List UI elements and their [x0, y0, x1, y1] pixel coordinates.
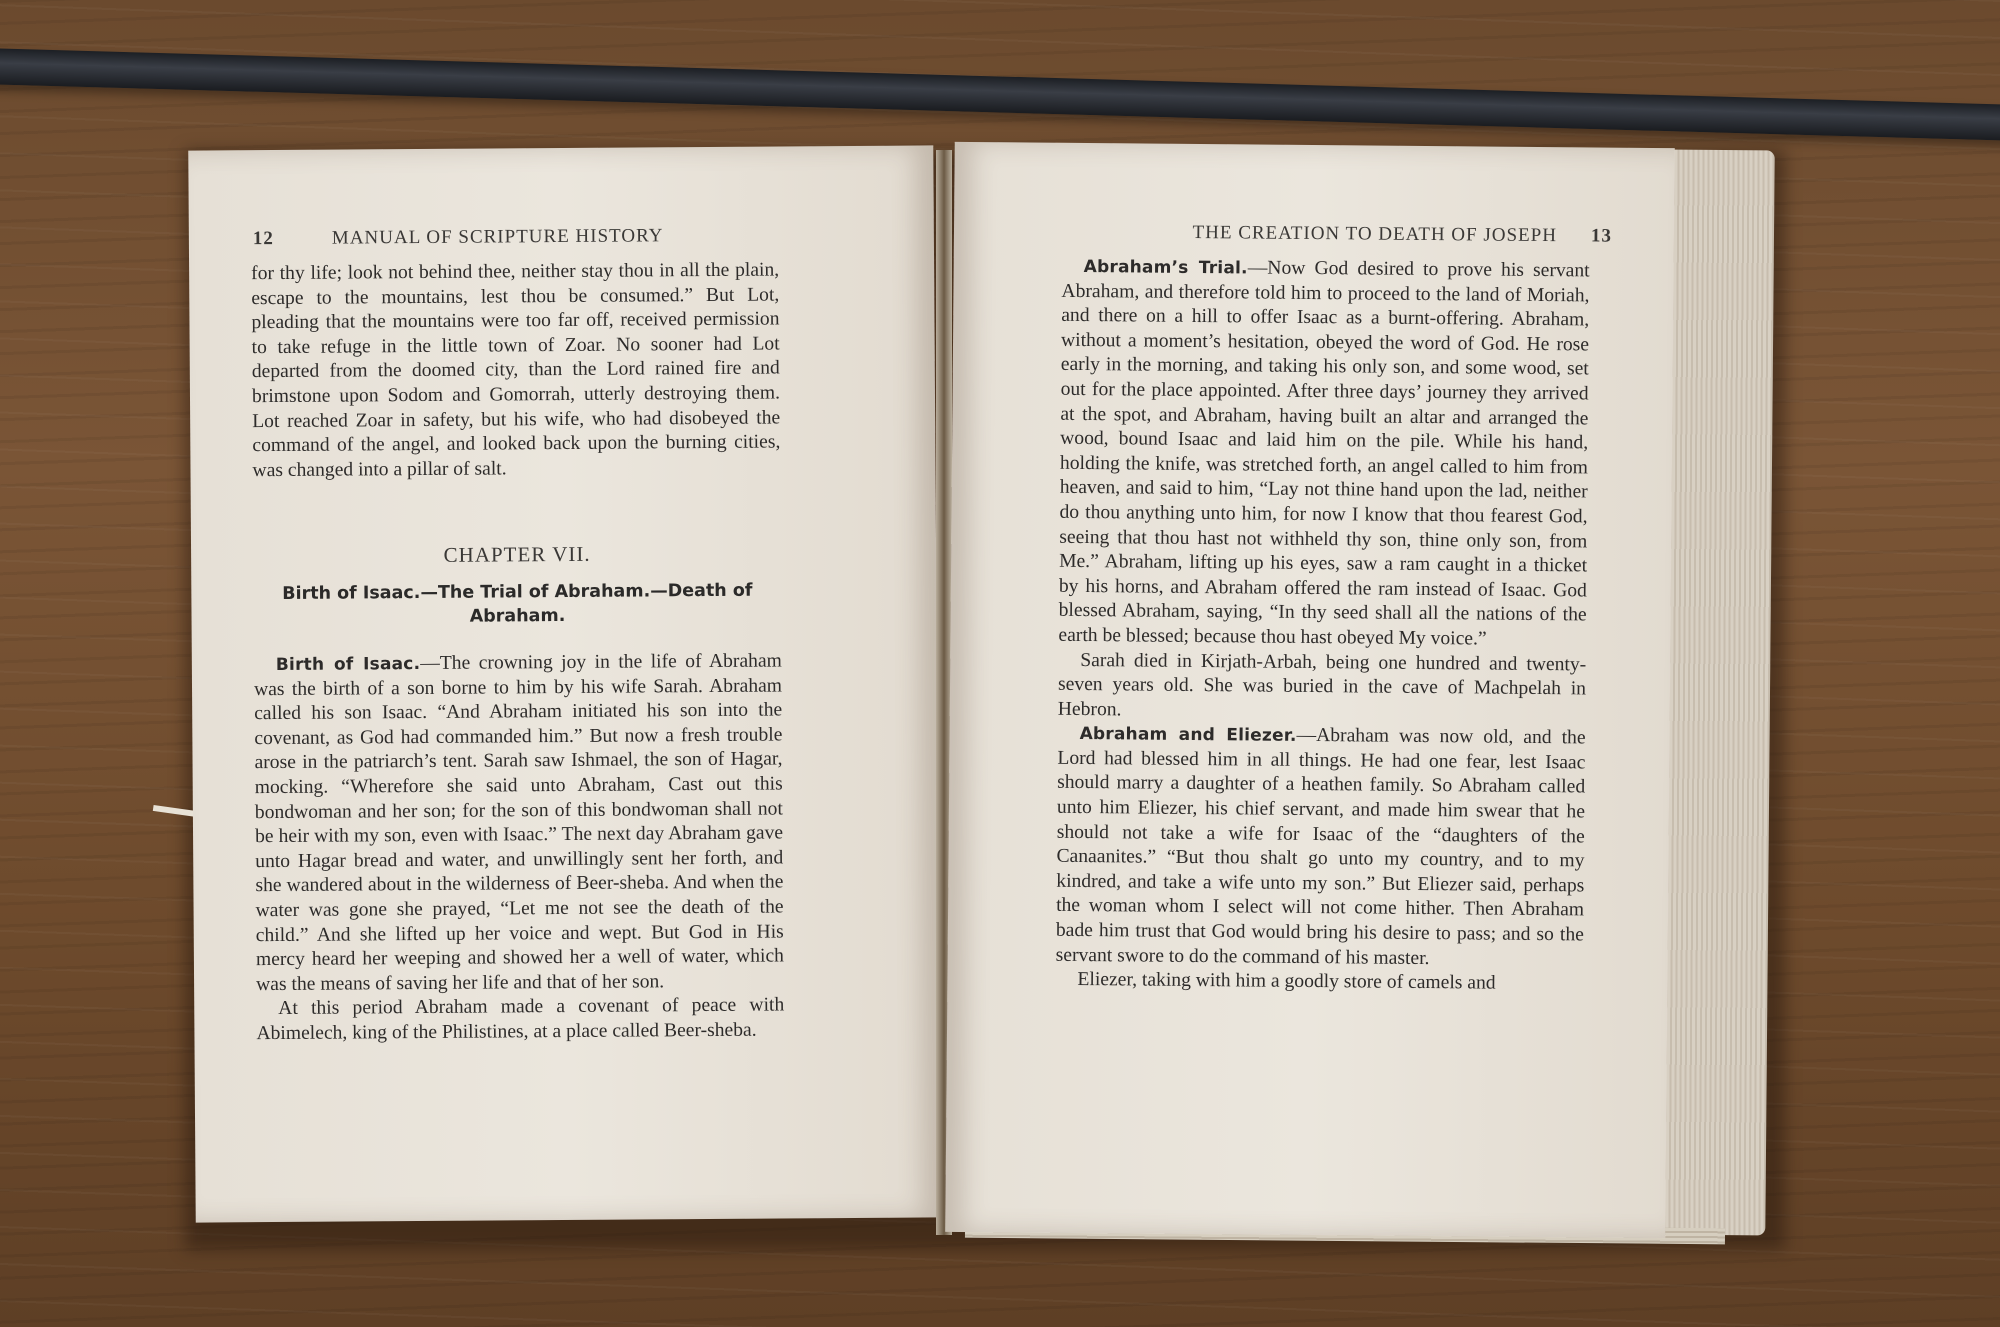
section-heading: Abraham’s Trial. [1084, 257, 1248, 278]
right-section-text: Abraham’s Trial.—Now God desired to prov… [1055, 255, 1589, 997]
section-heading: Abraham and Eliezer. [1080, 724, 1297, 746]
left-continued-text: for thy life; look not behind thee, neit… [251, 258, 781, 483]
paragraph: Sarah died in Kirjath-Arbah, being one h… [1058, 648, 1587, 726]
paragraph: Abraham and Eliezer.—Abraham was now old… [1056, 722, 1586, 973]
right-running-title: THE CREATION TO DEATH OF JOSEPH [1192, 222, 1557, 247]
left-running-head: 12 MANUAL OF SCRIPTURE HISTORY [253, 224, 793, 250]
paragraph: Birth of Isaac.—The crowning joy in the … [254, 649, 784, 997]
right-running-head: THE CREATION TO DEATH OF JOSEPH 13 [1052, 221, 1612, 248]
left-page-number: 12 [253, 228, 274, 250]
left-section-text: Birth of Isaac.—The crowning joy in the … [254, 649, 785, 1046]
chapter-heading: CHAPTER VII. [253, 540, 781, 569]
paragraph: Eliezer, taking with him a goodly store … [1055, 968, 1583, 997]
section-heading: Birth of Isaac. [276, 654, 420, 675]
paragraph: At this period Abraham made a covenant o… [256, 994, 784, 1047]
chapter-subtitle: Birth of Isaac.—The Trial of Abraham.—De… [253, 578, 781, 630]
right-page: THE CREATION TO DEATH OF JOSEPH 13 Abrah… [945, 142, 1674, 1238]
paragraph: Abraham’s Trial.—Now God desired to prov… [1058, 255, 1589, 653]
book-strap [0, 48, 2000, 142]
right-page-number: 13 [1591, 225, 1612, 247]
left-page: 12 MANUAL OF SCRIPTURE HISTORY for thy l… [188, 145, 940, 1222]
left-running-title: MANUAL OF SCRIPTURE HISTORY [332, 225, 664, 249]
paragraph: for thy life; look not behind thee, neit… [251, 258, 781, 483]
